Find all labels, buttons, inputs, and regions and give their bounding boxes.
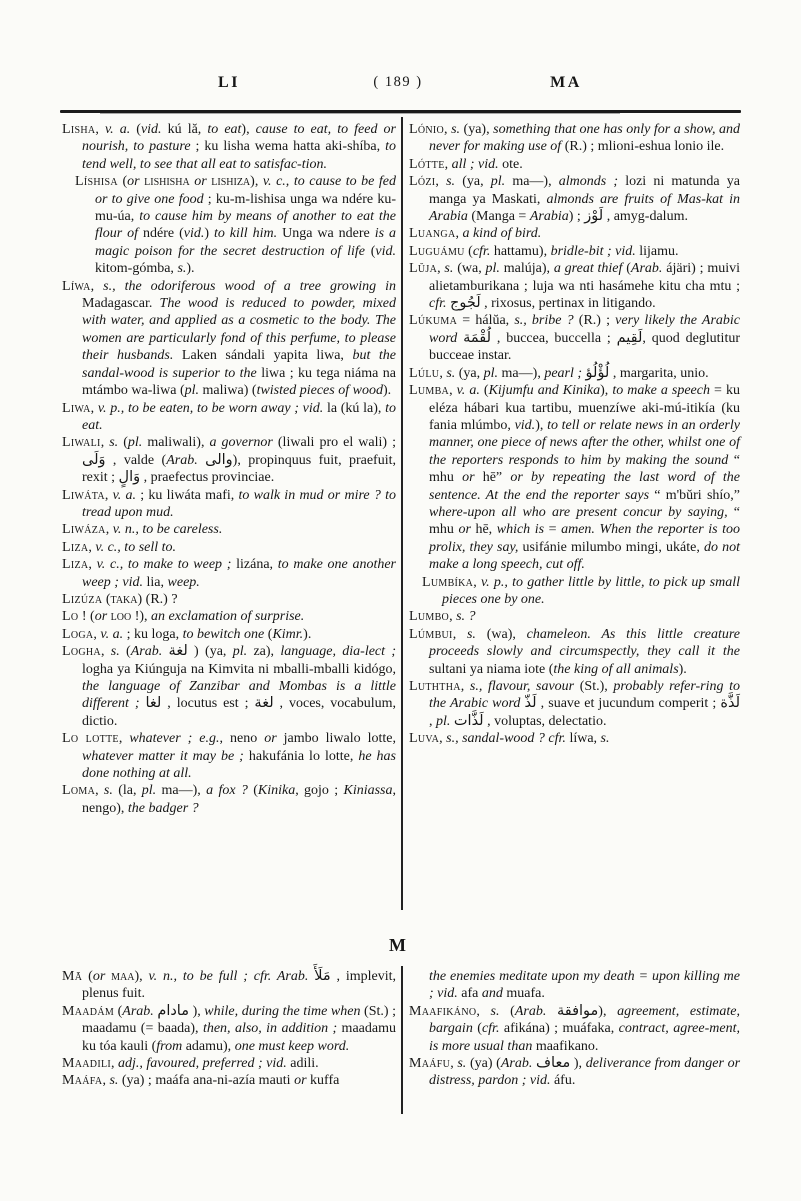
dictionary-entry: Luththa, s., flavour, savour (St.), prob… xyxy=(409,678,740,730)
headword: Maadili xyxy=(62,1056,111,1071)
dictionary-entry: Lónio, s. (ya), something that one has o… xyxy=(409,121,740,156)
headword: Líshisa xyxy=(75,174,118,189)
dictionary-entry: Liwali, s. (pl. maliwali), a governor (l… xyxy=(62,434,396,486)
dictionary-entry: Liza, v. c., to sell to. xyxy=(62,539,396,556)
headword: Liza xyxy=(62,557,88,572)
arabic-word: لَوْز xyxy=(584,208,603,224)
entry-body: , s. (ya) (Arab. معاف ), deliverance fro… xyxy=(429,1056,740,1088)
dictionary-entry: Lótte, all ; vid. ote. xyxy=(409,156,740,173)
arabic-word: مادام xyxy=(157,1003,189,1019)
headword: Lizúza xyxy=(62,592,102,607)
dictionary-entry: Liwáta, v. a. ; ku liwáta mafi, to walk … xyxy=(62,487,396,522)
headword: Mā xyxy=(62,969,82,984)
entry-body: , v. a. (Kijumfu and Kinika), to make a … xyxy=(429,383,740,572)
headword: Lo lotte xyxy=(62,731,119,746)
dictionary-entry: Logha, s. (Arab. لغة ) (ya, pl. za), lan… xyxy=(62,643,396,730)
entry-body: , s. (pl. maliwali), a governor (liwali … xyxy=(82,435,396,485)
dictionary-entry: Lo lotte, whatever ; e.g., neno or jambo… xyxy=(62,730,396,782)
entry-body: (Arab. مادام ), while, during the time w… xyxy=(82,1004,396,1054)
dictionary-entry: Maafikáno, s. (Arab. موافقة), agreement,… xyxy=(409,1003,740,1055)
dictionary-entry: Luguámu (cfr. hattamu), bridle-bit ; vid… xyxy=(409,243,740,260)
dictionary-entry: Lúkuma = hálŭa, s., bribe ? (R.) ; very … xyxy=(409,312,740,364)
headword: Liza xyxy=(62,540,88,555)
arabic-word: والى xyxy=(205,452,233,468)
headword: Luanga xyxy=(409,226,455,241)
entry-body: , v. c., to sell to. xyxy=(88,540,176,555)
entry-body: the enemies meditate upon my death = upo… xyxy=(429,969,740,1001)
dictionary-entry: Líwa, s., the odoriferous wood of a tree… xyxy=(62,278,396,400)
headword: Liwa xyxy=(62,401,91,416)
dictionary-entry: Loga, v. a. ; ku loga, to bewitch one (K… xyxy=(62,626,396,643)
arabic-word: معاف xyxy=(536,1055,570,1071)
arabic-word: لغة xyxy=(254,695,273,711)
dictionary-entry: Lumbo, s. ? xyxy=(409,608,740,625)
entry-body: , s. ? xyxy=(449,609,475,624)
arabic-word: وَلَى xyxy=(82,452,106,468)
scanned-dictionary-page: LI ( 189 ) MA Lisha, v. a. (vid. kú lă, … xyxy=(0,0,801,1201)
dictionary-entry: Liwa, v. p., to be eaten, to be worn awa… xyxy=(62,400,396,435)
section-l-right-column: Lónio, s. (ya), something that one has o… xyxy=(409,121,740,748)
dictionary-entry: Lo ! (or loo !), an exclamation of surpr… xyxy=(62,608,396,625)
entry-body: , v. p., to gather little by little, to … xyxy=(442,575,740,607)
headword: Lumbo xyxy=(409,609,449,624)
section-heading-m: M xyxy=(0,935,796,956)
running-head-right-word: MA xyxy=(408,74,724,92)
entry-body: , v. a. (vid. kú lă, to eat), cause to e… xyxy=(82,122,396,172)
headword: Lúkuma xyxy=(409,313,457,328)
headword: Lózi xyxy=(409,174,435,189)
dictionary-entry: Lumba, v. a. (Kijumfu and Kinika), to ma… xyxy=(409,382,740,573)
entry-body: (cfr. hattamu), bridle-bit ; vid. lijamu… xyxy=(465,244,679,259)
entry-body: , s., the odoriferous wood of a tree gro… xyxy=(82,279,396,398)
entry-body: , s., sandal-wood ? cfr. líwa, s. xyxy=(439,731,609,746)
headword: Lumbíka xyxy=(422,575,473,590)
headword: Loma xyxy=(62,783,95,798)
headword: Logha xyxy=(62,644,101,659)
entry-body: , v. p., to be eaten, to be worn away ; … xyxy=(82,401,396,433)
entry-body: = hálŭa, s., bribe ? (R.) ; very likely … xyxy=(429,313,740,363)
dictionary-entry: Maadili, adj., favoured, preferred ; vid… xyxy=(62,1055,396,1072)
dictionary-entry: Lúmbui, s. (wa), chameleon. As this litt… xyxy=(409,626,740,678)
entry-body: , s. (wa), chameleon. As this little cre… xyxy=(429,627,740,677)
headword: Loga xyxy=(62,627,93,642)
entry-body: , s. (la, pl. ma—), a fox ? (Kinika, goj… xyxy=(82,783,396,815)
arabic-word: لُؤْلُؤ xyxy=(586,365,610,381)
headword: Líwa xyxy=(62,279,91,294)
dictionary-entry: Lŭja, s. (wa, pl. malúja), a great thief… xyxy=(409,260,740,312)
arabic-word: لَجُوج xyxy=(450,295,481,311)
dictionary-entry: Mā (or maa), v. n., to be full ; cfr. Ar… xyxy=(62,968,396,1003)
entry-continuation: the enemies meditate upon my death = upo… xyxy=(409,968,740,1003)
entry-body: (or lishisha or lishiza), v. c., to caus… xyxy=(95,174,396,276)
dictionary-entry: Maáfa, s. (ya) ; maáfa ana-ni-azía mauti… xyxy=(62,1072,396,1089)
headword: Maafikáno xyxy=(409,1004,476,1019)
entry-body: , whatever ; e.g., neno or jambo liwalo … xyxy=(82,731,396,781)
arabic-word: لَذَّات xyxy=(454,713,484,729)
arabic-word: موافقة xyxy=(557,1003,598,1019)
section-m-left-column: Mā (or maa), v. n., to be full ; cfr. Ar… xyxy=(62,968,396,1090)
entry-body: , v. a. ; ku loga, to bewitch one (Kimr.… xyxy=(93,627,311,642)
entry-body: , v. c., to make to weep ; lizána, to ma… xyxy=(82,557,396,589)
entry-body: , s., flavour, savour (St.), probably re… xyxy=(429,679,740,729)
entry-body: , a kind of bird. xyxy=(455,226,541,241)
arabic-word: مَلَأَ xyxy=(314,968,330,984)
entry-body: ! (or loo !), an exclamation of surprise… xyxy=(78,609,304,624)
headword: Lo xyxy=(62,609,78,624)
headword: Lónio xyxy=(409,122,444,137)
dictionary-entry: Lúlu, s. (ya, pl. ma—), pearl ; لُؤْلُؤ … xyxy=(409,365,740,382)
headword: Liwáta xyxy=(62,488,105,503)
headword: Maáfu xyxy=(409,1056,450,1071)
dictionary-entry: Líshisa (or lishisha or lishiza), v. c.,… xyxy=(75,173,396,277)
headword: Lúmbui xyxy=(409,627,453,642)
arabic-word: لَقِيم xyxy=(617,330,643,346)
headword: Lumba xyxy=(409,383,449,398)
entry-body: , s. (Arab. موافقة), agreement, estimate… xyxy=(429,1004,740,1054)
entry-body: , s. (ya), something that one has only f… xyxy=(429,122,740,154)
dictionary-entry: Liza, v. c., to make to weep ; lizána, t… xyxy=(62,556,396,591)
headword: Liwali xyxy=(62,435,101,450)
headword: Liwáza xyxy=(62,522,106,537)
headword: Lúlu xyxy=(409,366,439,381)
dictionary-entry: Lizúza (taka) (R.) ? xyxy=(62,591,396,608)
entry-body: (or maa), v. n., to be full ; cfr. Arab.… xyxy=(82,969,396,1001)
headword: Maáfa xyxy=(62,1073,102,1088)
arabic-word: لُقْمَة xyxy=(463,330,491,346)
headword: Lótte xyxy=(409,157,445,172)
column-divider xyxy=(401,117,403,910)
dictionary-entry: Luanga, a kind of bird. xyxy=(409,225,740,242)
dictionary-entry: Lisha, v. a. (vid. kú lă, to eat), cause… xyxy=(62,121,396,173)
entry-body: , s. (ya, pl. ma—), pearl ; لُؤْلُؤ , ma… xyxy=(439,366,708,381)
arabic-word: لغة xyxy=(169,643,188,659)
arabic-word: لَذَّة xyxy=(720,695,740,711)
headword: Luva xyxy=(409,731,439,746)
column-divider xyxy=(401,966,403,1114)
entry-body: , s. (ya, pl. ma—), almonds ; lozi ni ma… xyxy=(429,174,740,224)
headword: Maadám xyxy=(62,1004,114,1019)
entry-body: , s. (ya) ; maáfa ana-ni-azía mauti or k… xyxy=(102,1073,339,1088)
headword: Lisha xyxy=(62,122,95,137)
headword: Luguámu xyxy=(409,244,465,259)
dictionary-entry: Lumbíka, v. p., to gather little by litt… xyxy=(422,574,740,609)
entry-body: , all ; vid. ote. xyxy=(445,157,523,172)
dictionary-entry: Loma, s. (la, pl. ma—), a fox ? (Kinika,… xyxy=(62,782,396,817)
running-head: LI ( 189 ) MA xyxy=(0,74,801,98)
entry-body: , s. (wa, pl. malúja), a great thief (Ar… xyxy=(429,261,740,311)
entry-body: (taka) (R.) ? xyxy=(102,592,177,607)
section-m-right-column: the enemies meditate upon my death = upo… xyxy=(409,968,740,1090)
entry-body: , s. (Arab. لغة ) (ya, pl. za), language… xyxy=(82,644,396,729)
dictionary-entry: Lózi, s. (ya, pl. ma—), almonds ; lozi n… xyxy=(409,173,740,225)
entry-body: , v. a. ; ku liwáta mafi, to walk in mud… xyxy=(82,488,396,520)
section-l-left-column: Lisha, v. a. (vid. kú lă, to eat), cause… xyxy=(62,121,396,817)
headword: Lŭja xyxy=(409,261,437,276)
dictionary-entry: Luva, s., sandal-wood ? cfr. líwa, s. xyxy=(409,730,740,747)
dictionary-entry: Maáfu, s. (ya) (Arab. معاف ), deliveranc… xyxy=(409,1055,740,1090)
entry-body: , adj., favoured, preferred ; vid. adili… xyxy=(111,1056,319,1071)
arabic-word: لَذّ xyxy=(525,695,537,711)
headword: Luththa xyxy=(409,679,461,694)
arabic-word: لغا xyxy=(145,695,161,711)
arabic-word: وَالٍ xyxy=(119,469,141,485)
dictionary-entry: Maadám (Arab. مادام ), while, during the… xyxy=(62,1003,396,1055)
dictionary-entry: Liwáza, v. n., to be careless. xyxy=(62,521,396,538)
entry-body: , v. n., to be careless. xyxy=(106,522,223,537)
header-rule xyxy=(60,110,741,113)
